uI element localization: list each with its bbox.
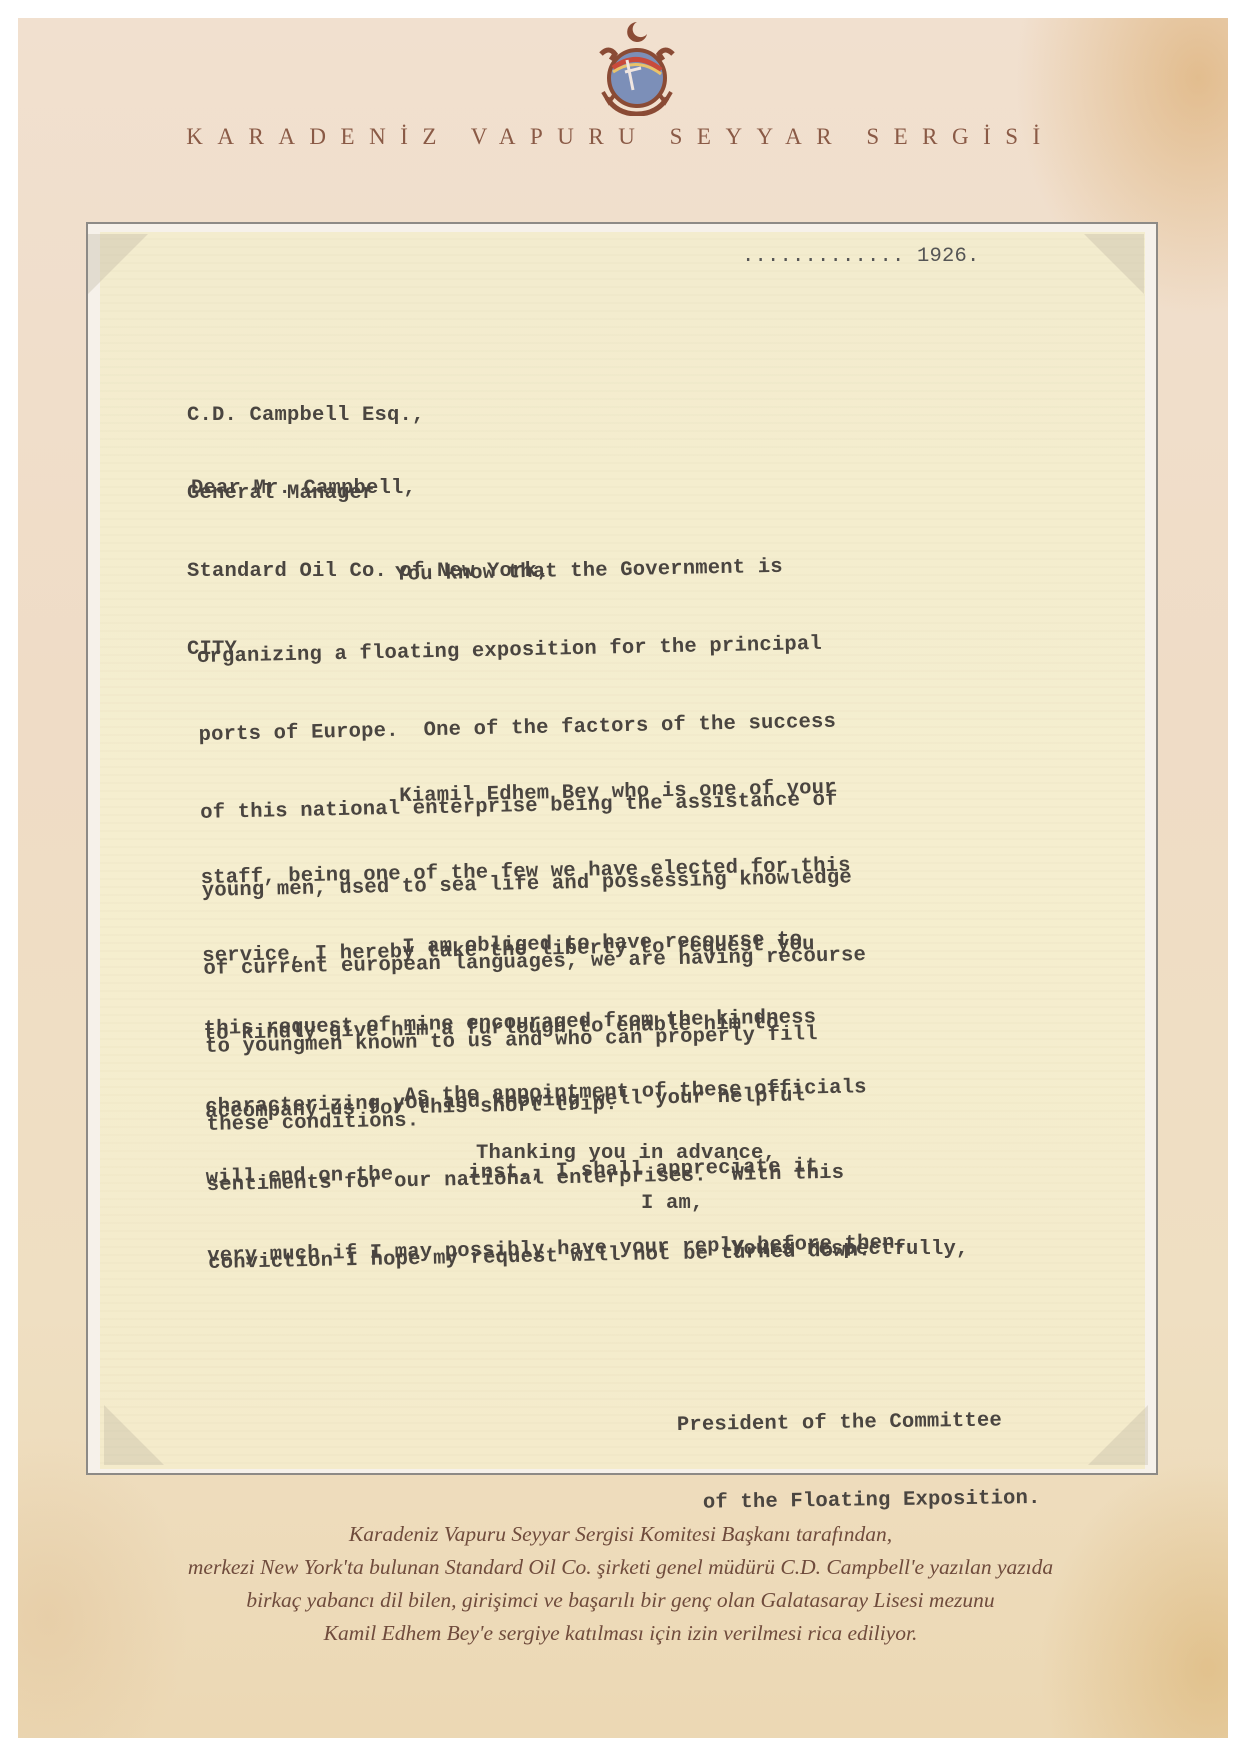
caption-line: Karadeniz Vapuru Seyyar Sergisi Komitesi… xyxy=(0,1518,1241,1551)
signature-line: of the Floating Exposition. xyxy=(678,1486,1041,1517)
address-line: C.D. Campbell Esq., xyxy=(187,403,550,429)
letter-date: ............. 1926. xyxy=(742,244,980,270)
closing-yours: Yours respectfully, xyxy=(731,1237,969,1263)
body-line: organizing a floating exposition for the… xyxy=(197,631,860,671)
closing-i-am: I am, xyxy=(641,1191,704,1217)
caption-line: birkaç yabancı dil bilen, girişimci ve b… xyxy=(0,1584,1241,1617)
ship-emblem-icon xyxy=(597,20,677,116)
caption-line: Kamil Edhem Bey'e sergiye katılması için… xyxy=(0,1617,1241,1650)
masthead-title: KARADENİZ VAPURU SEYYAR SERGİSİ xyxy=(0,124,1241,150)
body-line: Kiamil Edhem Bey who is one of your xyxy=(199,776,849,814)
body-line: As the appointment of these officials xyxy=(204,1075,904,1114)
signature-block: President of the Committee of the Floati… xyxy=(676,1356,1041,1543)
turkish-caption: Karadeniz Vapuru Seyyar Sergisi Komitesi… xyxy=(0,1518,1241,1650)
salutation: Dear Mr. Campbell, xyxy=(191,476,416,502)
body-line: I am obliged to have recourse to xyxy=(202,926,865,965)
caption-line: merkezi New York'ta bulunan Standard Oil… xyxy=(0,1551,1241,1584)
closing-thanks: Thanking you in advance, xyxy=(476,1141,776,1167)
signature-line: President of the Committee xyxy=(677,1408,1040,1439)
body-line: You know that the Government is xyxy=(195,553,858,593)
